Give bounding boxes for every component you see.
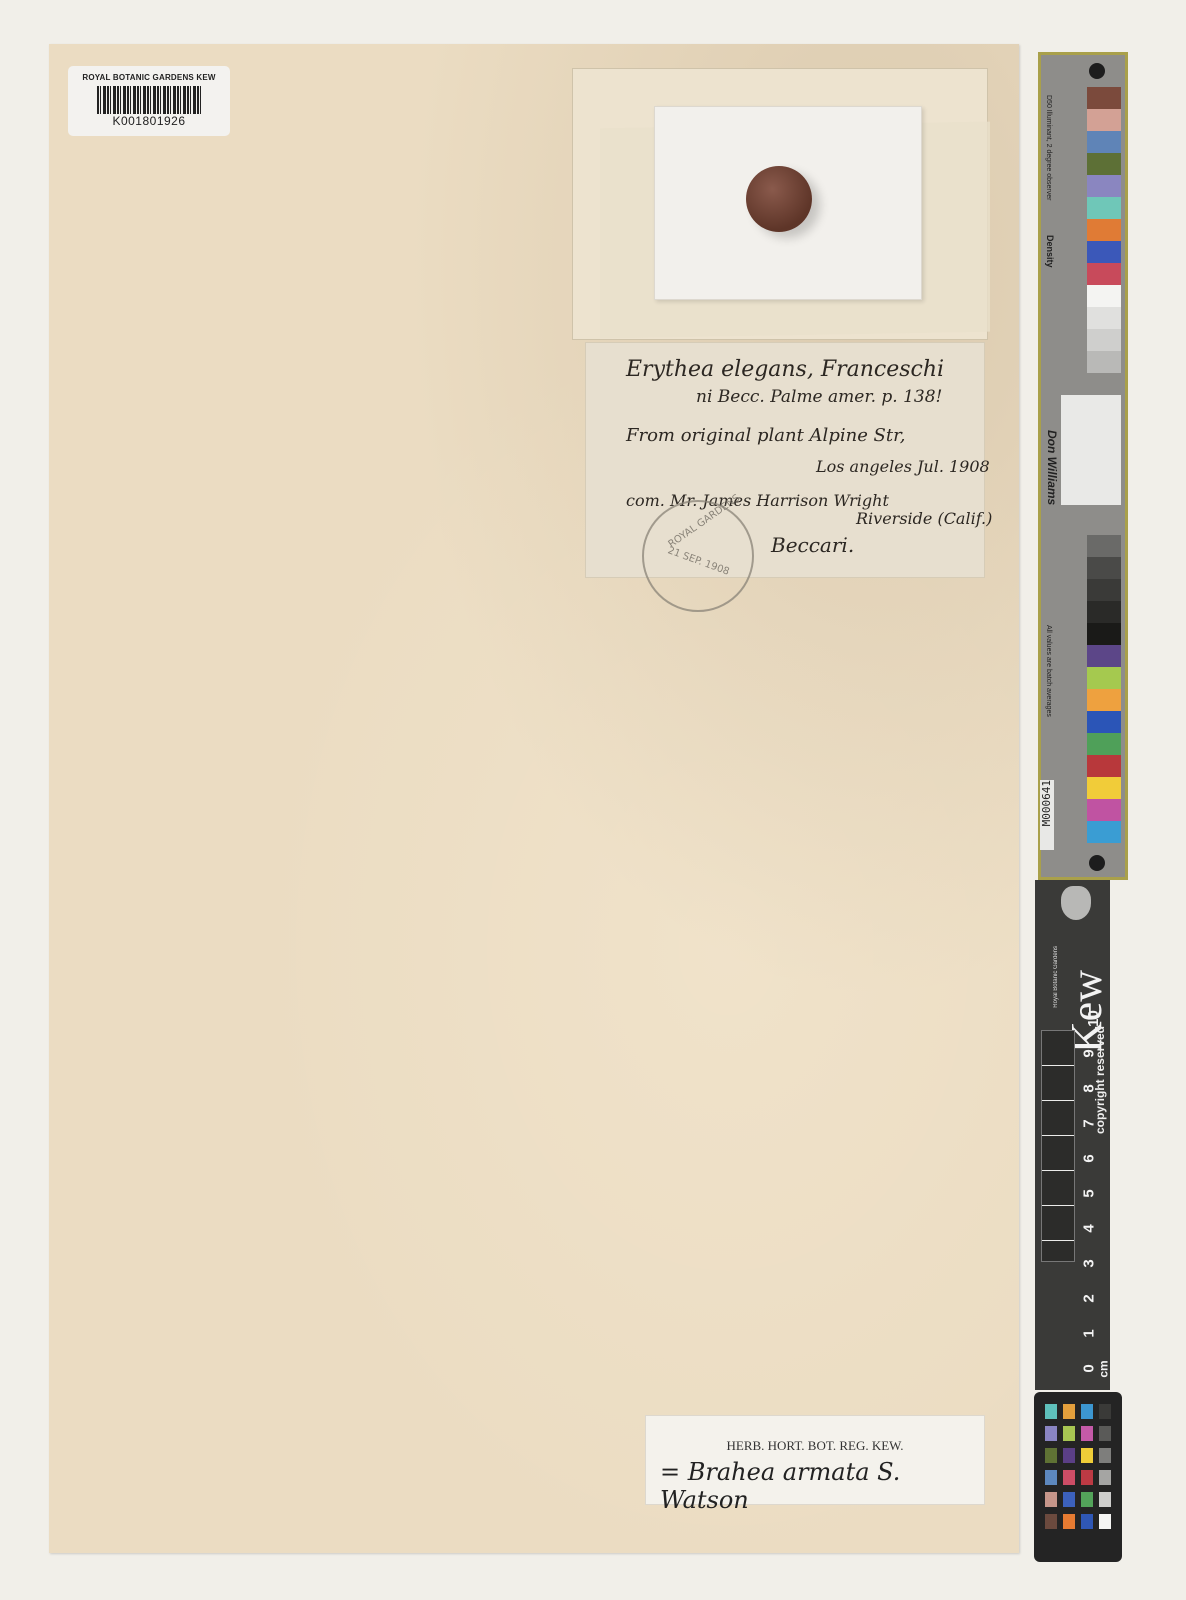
barcode-label: ROYAL BOTANIC GARDENS KEW K001801926 bbox=[68, 66, 230, 136]
kew-subtitle: Royal Botanic Gardens bbox=[1053, 946, 1059, 1008]
patch bbox=[1045, 1492, 1057, 1507]
scale-2: 2 bbox=[1081, 1294, 1098, 1302]
scale-9: 9 bbox=[1081, 1049, 1098, 1057]
patch bbox=[1081, 1470, 1093, 1485]
gray-swatch bbox=[1087, 579, 1121, 601]
scale-3: 3 bbox=[1081, 1259, 1098, 1267]
swatch bbox=[1087, 241, 1121, 263]
swatch bbox=[1087, 711, 1121, 733]
patch bbox=[1045, 1470, 1057, 1485]
chart-id-label: M000641 bbox=[1040, 780, 1054, 850]
barcode-icon bbox=[97, 86, 201, 114]
det-line-4: Los angeles Jul. 1908 bbox=[816, 457, 990, 476]
kew-scale-card: Royal Botanic Gardens Kew copyright rese… bbox=[1035, 880, 1110, 1390]
brand-label: Don Williams bbox=[1045, 430, 1059, 505]
swatch bbox=[1087, 153, 1121, 175]
gray-swatch bbox=[1087, 307, 1121, 329]
batch-note: All values are batch averages bbox=[1045, 625, 1052, 717]
density-label: Density bbox=[1045, 235, 1055, 268]
swatch bbox=[1087, 733, 1121, 755]
patch bbox=[1063, 1448, 1075, 1463]
scale-0: 0 bbox=[1081, 1364, 1098, 1372]
resolution-target bbox=[1061, 395, 1121, 505]
swatch bbox=[1087, 799, 1121, 821]
gray-swatch bbox=[1087, 329, 1121, 351]
det-line-5: com. Mr. James Harrison Wright bbox=[626, 491, 889, 510]
copyright-text: copyright reserved bbox=[1093, 1026, 1107, 1134]
scale-10: 10 bbox=[1085, 1010, 1102, 1027]
barcode-number: K001801926 bbox=[68, 114, 230, 128]
unit-label: cm bbox=[1097, 1360, 1111, 1377]
gray-swatch bbox=[1087, 351, 1121, 373]
patch bbox=[1081, 1426, 1093, 1441]
swatch bbox=[1087, 87, 1121, 109]
chart-id: M000641 bbox=[1040, 780, 1053, 826]
det-line-1: Erythea elegans, Franceschi bbox=[626, 357, 944, 382]
stamp-date: 21 SEP. 1908 bbox=[666, 545, 731, 578]
herbarium-title: HERB. HORT. BOT. REG. KEW. bbox=[646, 1438, 984, 1454]
registration-dot-icon bbox=[1089, 63, 1105, 79]
institution-name: ROYAL BOTANIC GARDENS KEW bbox=[68, 73, 230, 82]
patch bbox=[1063, 1492, 1075, 1507]
swatch bbox=[1087, 263, 1121, 285]
patch bbox=[1099, 1514, 1111, 1529]
scale-6: 6 bbox=[1081, 1154, 1098, 1162]
patch bbox=[1081, 1404, 1093, 1419]
species-name: = Brahea armata S. Watson bbox=[660, 1458, 984, 1514]
det-line-7: Beccari. bbox=[771, 533, 854, 557]
seed-specimen bbox=[746, 166, 812, 232]
patch bbox=[1063, 1470, 1075, 1485]
gray-swatch bbox=[1087, 285, 1121, 307]
swatch bbox=[1087, 131, 1121, 153]
swatch bbox=[1087, 777, 1121, 799]
patch bbox=[1081, 1448, 1093, 1463]
herbarium-label: HERB. HORT. BOT. REG. KEW. = Brahea arma… bbox=[645, 1415, 985, 1505]
swatch bbox=[1087, 219, 1121, 241]
patch bbox=[1045, 1514, 1057, 1529]
scale-5: 5 bbox=[1081, 1189, 1098, 1197]
patch bbox=[1045, 1448, 1057, 1463]
illuminant-text: D50 Illuminant, 2 degree observer bbox=[1045, 95, 1052, 200]
swatch bbox=[1087, 755, 1121, 777]
det-line-6: Riverside (Calif.) bbox=[856, 509, 992, 528]
swatch bbox=[1087, 109, 1121, 131]
cm-ruler bbox=[1041, 1030, 1075, 1262]
patch bbox=[1081, 1492, 1093, 1507]
swatch bbox=[1087, 689, 1121, 711]
gray-swatch bbox=[1087, 623, 1121, 645]
swatch bbox=[1087, 175, 1121, 197]
det-line-3: From original plant Alpine Str, bbox=[626, 425, 905, 446]
gray-swatch bbox=[1087, 601, 1121, 623]
kew-crest-icon bbox=[1061, 886, 1091, 920]
scale-7: 7 bbox=[1081, 1119, 1098, 1127]
swatch bbox=[1087, 645, 1121, 667]
patch bbox=[1081, 1514, 1093, 1529]
patch bbox=[1099, 1404, 1111, 1419]
patch bbox=[1063, 1404, 1075, 1419]
patch bbox=[1063, 1426, 1075, 1441]
patch bbox=[1063, 1514, 1075, 1529]
patch bbox=[1045, 1426, 1057, 1441]
patch bbox=[1099, 1426, 1111, 1441]
patch bbox=[1099, 1448, 1111, 1463]
scale-4: 4 bbox=[1081, 1224, 1098, 1232]
scale-1: 1 bbox=[1081, 1329, 1098, 1337]
registration-dot-icon bbox=[1089, 855, 1105, 871]
det-line-2: ni Becc. Palme amer. p. 138! bbox=[696, 387, 942, 407]
royal-gardens-stamp: ROYAL GARDENS 21 SEP. 1908 bbox=[642, 500, 754, 612]
scale-8: 8 bbox=[1081, 1084, 1098, 1092]
swatch bbox=[1087, 197, 1121, 219]
patch bbox=[1099, 1492, 1111, 1507]
color-calibration-bar: inches centimeters D50 Illuminant, 2 deg… bbox=[1038, 52, 1128, 880]
gray-swatch bbox=[1087, 557, 1121, 579]
gray-swatch bbox=[1087, 535, 1121, 557]
swatch bbox=[1087, 821, 1121, 843]
swatch bbox=[1087, 667, 1121, 689]
patch bbox=[1045, 1404, 1057, 1419]
color-checker-chart bbox=[1034, 1392, 1122, 1562]
patch bbox=[1099, 1470, 1111, 1485]
